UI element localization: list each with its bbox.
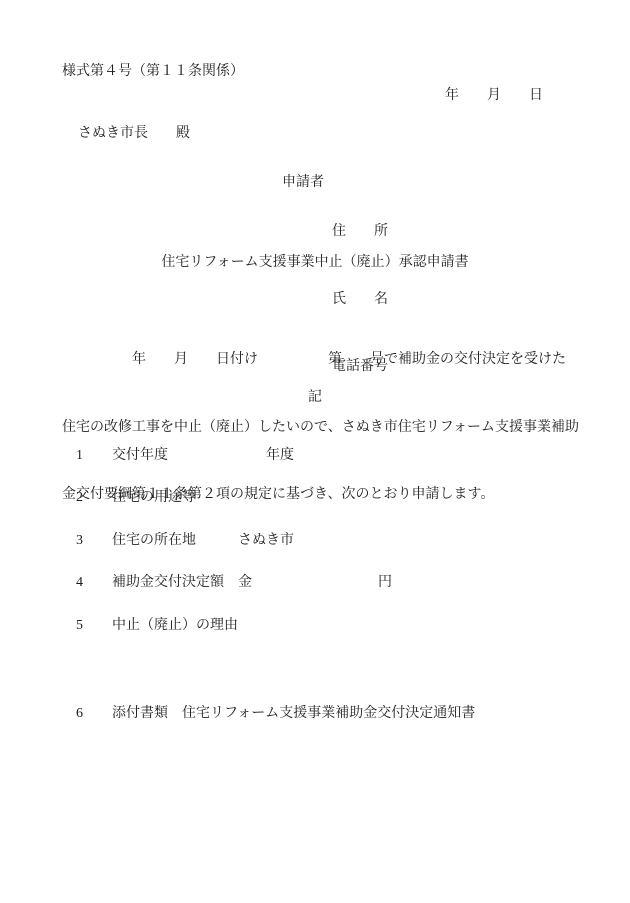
list-item-house-location: 3住宅の所在地 さぬき市 xyxy=(62,520,294,562)
item-text: 交付年度 年度 xyxy=(112,448,294,463)
form-number: 様式第４号（第１１条関係） xyxy=(62,65,244,79)
list-item-grant-year: 1交付年度 年度 xyxy=(62,435,294,477)
item-number: 4 xyxy=(76,576,112,590)
item-text: 中止（廃止）の理由 xyxy=(112,618,238,633)
addressee: さぬき市長 殿 xyxy=(78,127,190,141)
date-line: 年 月 日 xyxy=(445,89,543,103)
item-number: 6 xyxy=(76,707,112,721)
item-text: 補助金交付決定額 金 円 xyxy=(112,575,392,590)
list-item-house-use: 2住宅の用途等 xyxy=(62,477,196,519)
document-title: 住宅リフォーム支援事業中止（廃止）承認申請書 xyxy=(0,256,630,270)
document-page: 様式第４号（第１１条関係） 年 月 日 さぬき市長 殿 申請者 住 所 氏 名 … xyxy=(0,0,630,903)
item-number: 5 xyxy=(76,619,112,633)
item-number: 1 xyxy=(76,449,112,463)
item-text: 住宅の所在地 さぬき市 xyxy=(112,533,294,548)
applicant-address-line: 住 所 xyxy=(332,221,388,244)
list-item-subsidy-amount: 4補助金交付決定額 金 円 xyxy=(62,562,392,604)
applicant-label: 申請者 xyxy=(282,176,324,190)
item-text: 添付書類 住宅リフォーム支援事業補助金交付決定通知書 xyxy=(112,706,475,721)
item-number: 2 xyxy=(76,491,112,505)
item-text: 住宅の用途等 xyxy=(112,490,196,505)
item-number: 3 xyxy=(76,534,112,548)
list-item-cancellation-reason: 5中止（廃止）の理由 xyxy=(62,605,238,647)
body-line: 年 月 日付け 第 号で補助金の交付決定を受けた xyxy=(62,349,574,372)
list-item-attached-documents: 6添付書類 住宅リフォーム支援事業補助金交付決定通知書 xyxy=(62,693,475,735)
record-marker: 記 xyxy=(0,391,630,405)
